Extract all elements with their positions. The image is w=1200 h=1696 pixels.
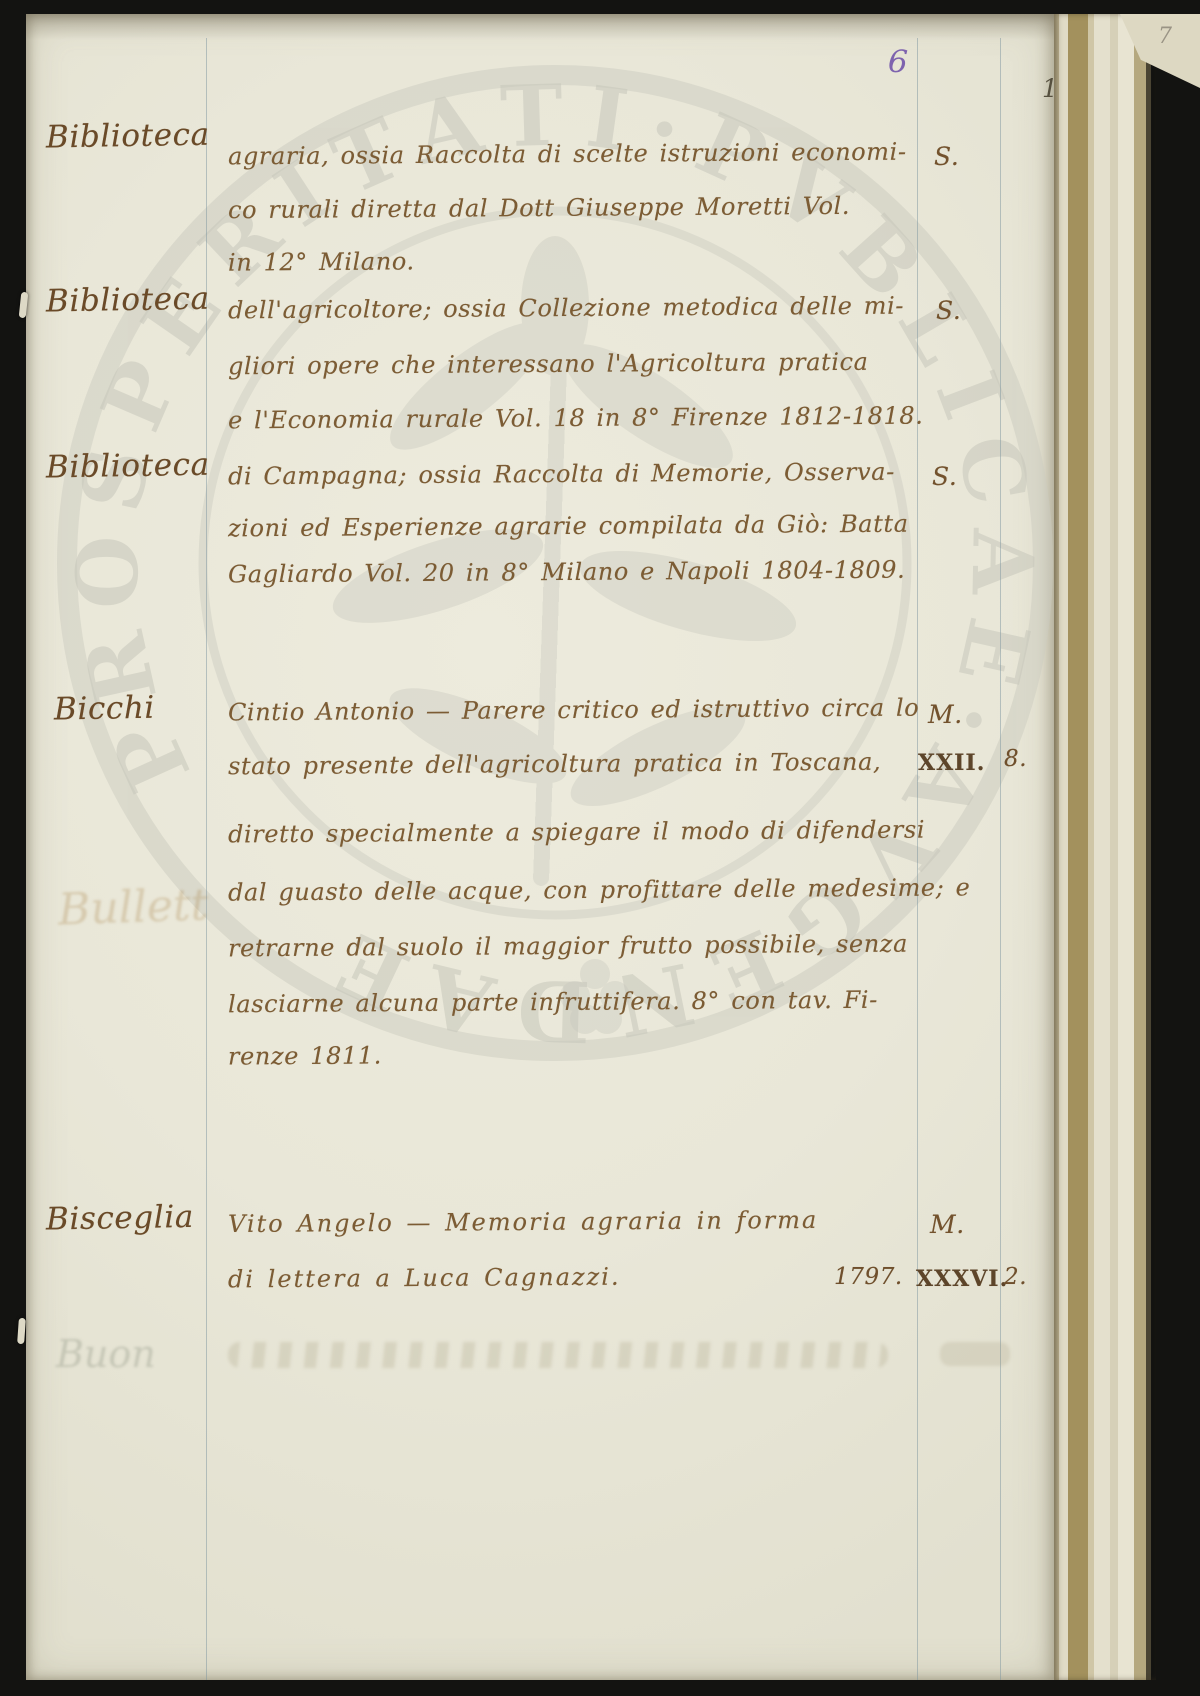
bleedthrough-smear <box>228 1342 888 1368</box>
entry-line: agraria, ossia Raccolta di scelte istruz… <box>228 138 907 171</box>
format-mark: M. <box>930 1210 965 1239</box>
bleedthrough-text: Bullett <box>57 879 209 935</box>
entry-line: stato presente dell'agricoltura pratica … <box>228 748 881 781</box>
entry-line: e l'Economia rurale Vol. 18 in 8° Firenz… <box>228 402 924 435</box>
column-rule-right <box>1000 38 1001 1680</box>
entry-line: gliori opere che interessano l'Agricoltu… <box>228 348 869 380</box>
page-top-shadow <box>26 14 1054 40</box>
format-mark: S. <box>932 462 957 491</box>
book-page-edges <box>1054 14 1156 1680</box>
entry-line: dal guasto delle acque, con profittare d… <box>228 873 971 906</box>
entry-headword: Bisceglia <box>46 1199 217 1238</box>
entry-headword: Bicchi <box>54 689 225 728</box>
entry-line: diretto specialmente a spiegare il modo … <box>228 816 925 849</box>
column-rule-middle <box>917 38 918 1680</box>
format-mark: M. <box>928 700 963 729</box>
entry-headword: Biblioteca <box>46 117 217 156</box>
entry-line: di lettera a Luca Cagnazzi. <box>228 1263 621 1294</box>
format-mark: S. <box>934 142 959 171</box>
corner-mark: 1 <box>1042 74 1058 103</box>
catalog-page <box>26 14 1054 1680</box>
entry-line: lasciarne alcuna parte infruttifera. 8° … <box>228 986 878 1019</box>
adjacent-page-number: 7 <box>1158 24 1172 49</box>
entry-line: retrarne dal suolo il maggior frutto pos… <box>228 930 908 963</box>
entry-line: in 12° Milano. <box>228 247 415 276</box>
year: 1797. <box>834 1264 903 1290</box>
item-number: 8. <box>1004 746 1027 772</box>
format-mark: S. <box>936 296 961 325</box>
entry-line: Cintio Antonio — Parere critico ed istru… <box>228 694 919 727</box>
entry-headword: Biblioteca <box>46 447 217 486</box>
entry-line: Vito Angelo — Memoria agraria in forma <box>228 1206 818 1238</box>
entry-line: co rurali diretta dal Dott Giuseppe More… <box>228 192 850 224</box>
manuscript-scan: PROSPERITATI·PVBLICAE·AVGENDAE Bullett B… <box>0 0 1200 1696</box>
entry-line: Gagliardo Vol. 20 in 8° Milano e Napoli … <box>228 556 906 589</box>
binding-stitch <box>17 1318 26 1344</box>
volume-reference: XXXVI. <box>916 1266 1008 1292</box>
page-number: 6 <box>887 44 909 81</box>
entry-line: dell'agricoltore; ossia Collezione metod… <box>228 292 904 325</box>
volume-reference: XXII. <box>918 750 985 776</box>
entry-line: renze 1811. <box>228 1041 382 1070</box>
item-number: 2. <box>1004 1264 1027 1290</box>
entry-line: zioni ed Esperienze agrarie compilata da… <box>228 510 909 543</box>
entry-headword: Biblioteca <box>46 281 217 320</box>
bleedthrough-text: Buon <box>56 1332 156 1376</box>
entry-line: di Campagna; ossia Raccolta di Memorie, … <box>228 458 895 491</box>
bleedthrough-smear <box>940 1342 1010 1366</box>
